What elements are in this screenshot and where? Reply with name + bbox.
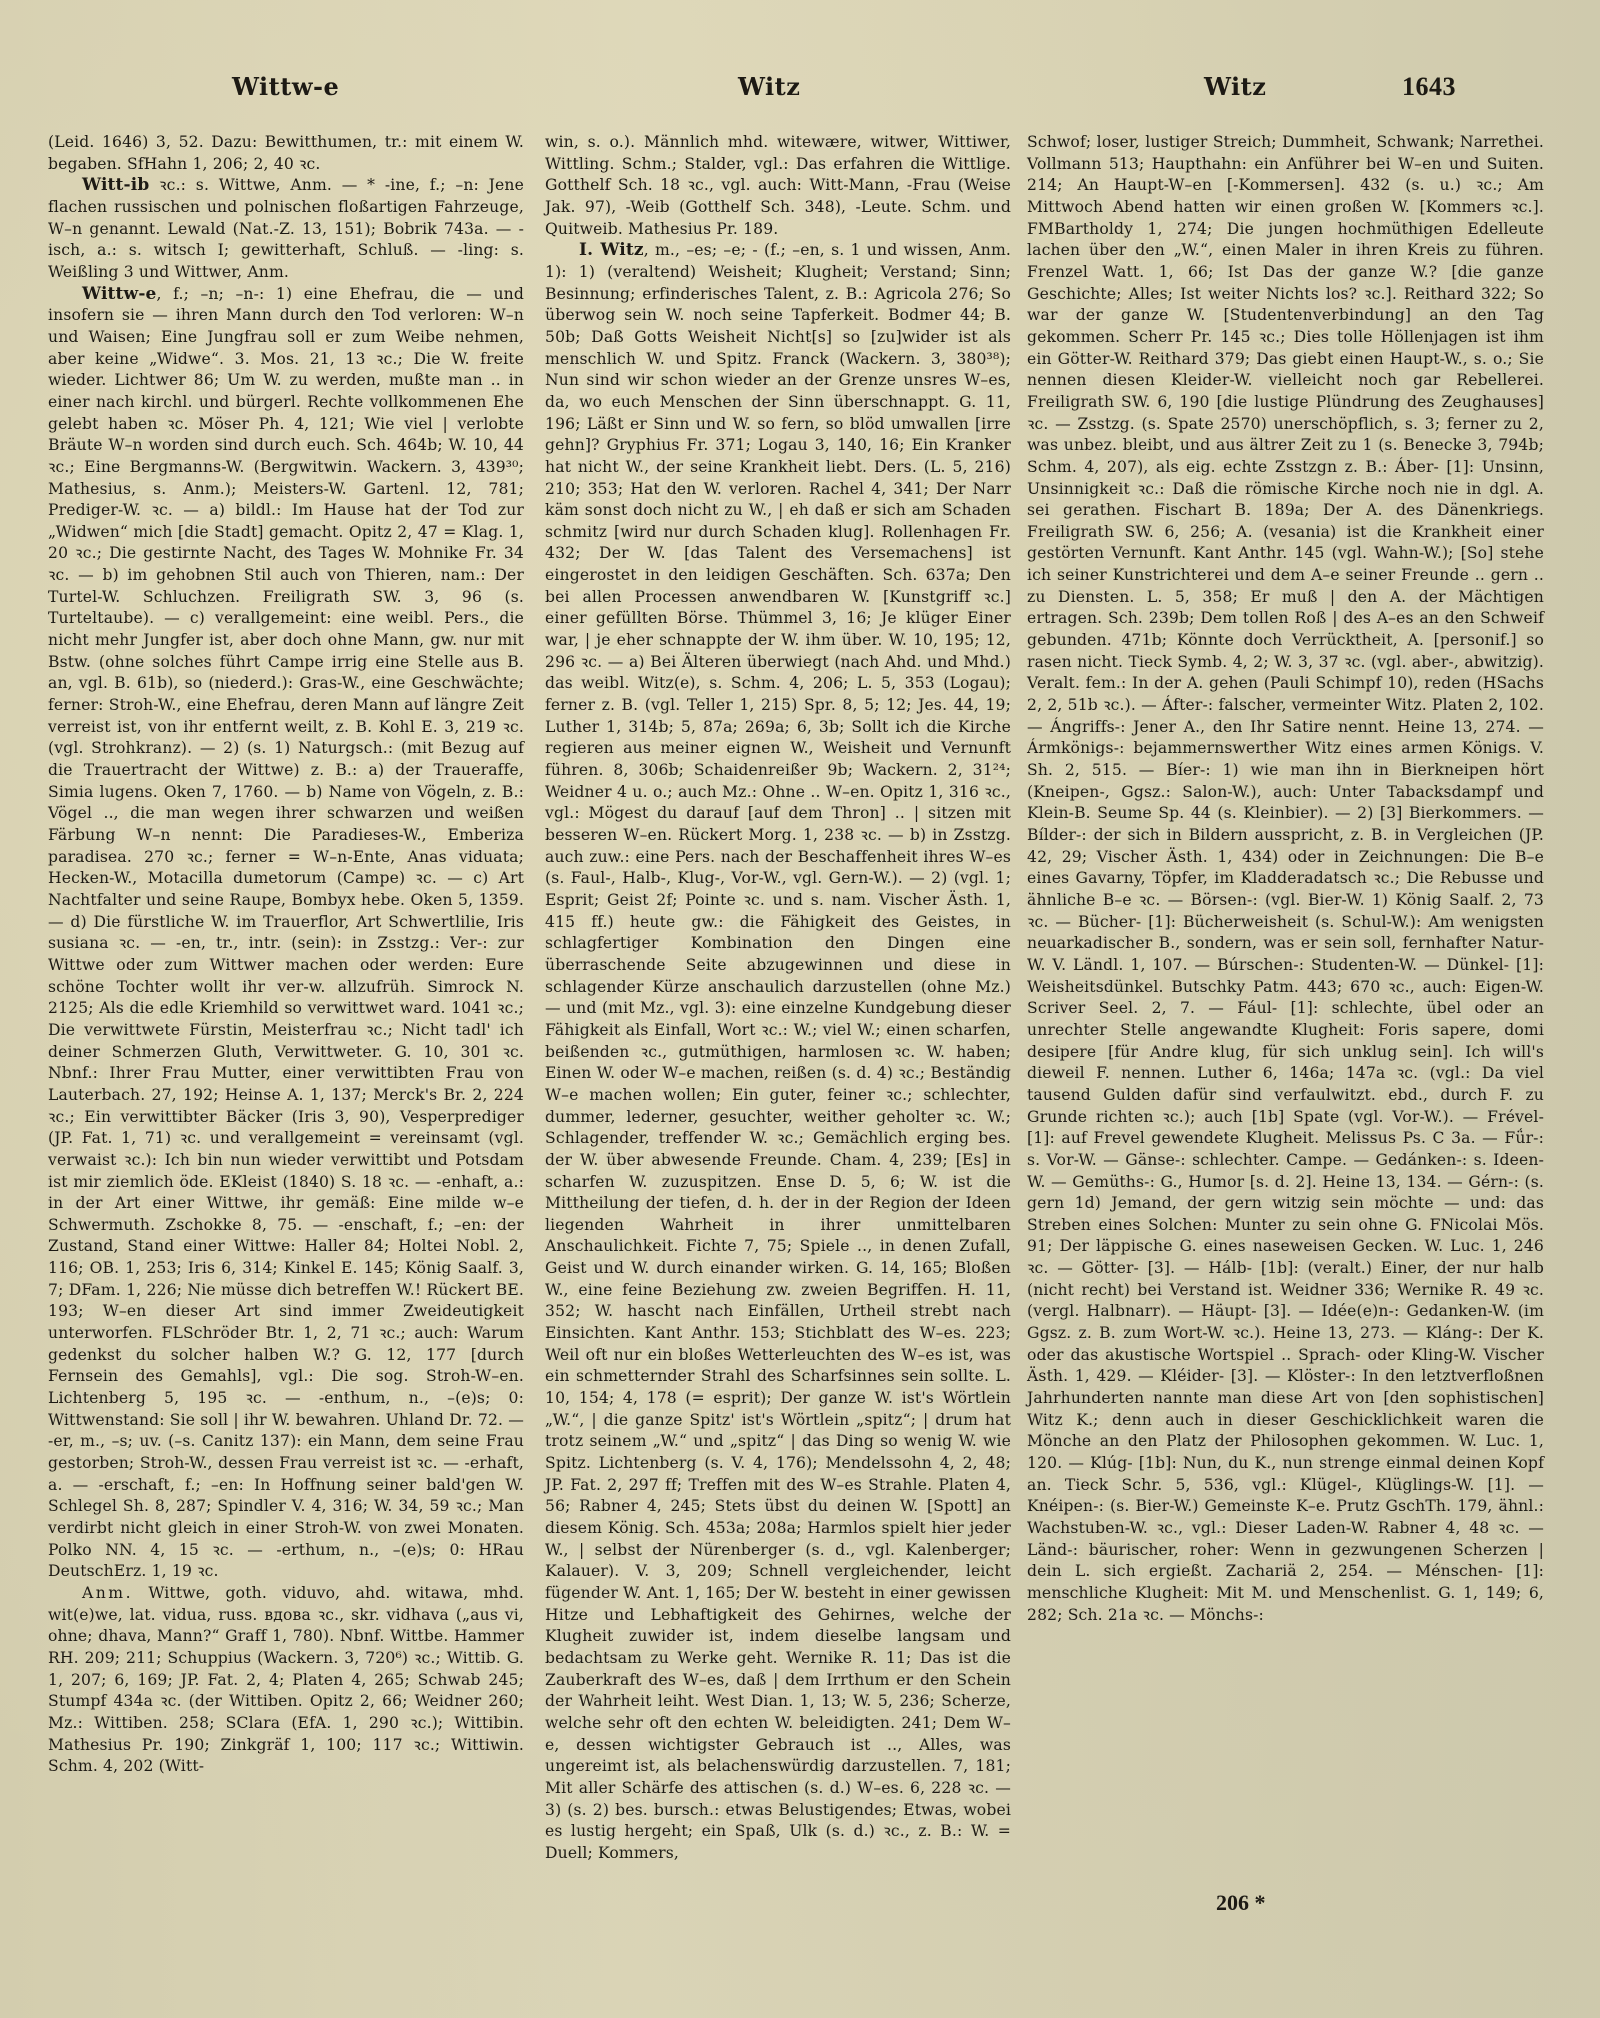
text-column-right: Schwof; loser, lustiger Streich; Dummhei…: [1027, 132, 1544, 1626]
text-column-left: (Leid. 1646) 3, 52. Dazu: Bewitthumen, t…: [48, 132, 524, 1778]
entry-headword: Anm.: [82, 1584, 133, 1602]
dictionary-entry: I. Witz, m., –es; –e; - (f.; –en, s. 1 u…: [545, 240, 1011, 1864]
entry-headword: Witt-ib: [82, 175, 149, 195]
paragraph-continuation: win, s. o.). Männlich mhd. witewære, wit…: [545, 132, 1011, 240]
signature-mark: 206 *: [1216, 1890, 1266, 1916]
entry-body: Wittwe, goth. viduvo, ahd. witawa, mhd. …: [48, 1584, 524, 1775]
text-column-middle: win, s. o.). Männlich mhd. witewære, wit…: [545, 132, 1011, 1865]
entry-body: , f.; –n; –n-: 1) eine Ehefrau, die — un…: [48, 285, 524, 1581]
dictionary-entry: Wittw-e, f.; –n; –n-: 1) eine Ehefrau, d…: [48, 284, 524, 1583]
dictionary-page: Wittw-e Witz Witz 1643 (Leid. 1646) 3, 5…: [0, 0, 1600, 2018]
running-head-center-catchword: Witz: [738, 72, 800, 101]
page-number: 1643: [1402, 72, 1456, 102]
paragraph-continuation: Schwof; loser, lustiger Streich; Dummhei…: [1027, 132, 1544, 1626]
entry-body: , m., –es; –e; - (f.; –en, s. 1 und wiss…: [545, 241, 1011, 1862]
dictionary-entry: Witt-ib ꝛc.: s. Wittwe, Anm. — * -ine, f…: [48, 175, 524, 283]
entry-headword: I. Witz: [579, 240, 644, 260]
paragraph-continuation: (Leid. 1646) 3, 52. Dazu: Bewitthumen, t…: [48, 132, 524, 175]
entry-headword: Wittw-e: [82, 284, 157, 304]
running-head-left-catchword: Wittw-e: [232, 72, 339, 101]
dictionary-entry-note: Anm. Wittwe, goth. viduvo, ahd. witawa, …: [48, 1583, 524, 1778]
running-head-right-catchword: Witz: [1204, 72, 1266, 101]
running-head: Wittw-e Witz Witz 1643: [0, 72, 1600, 112]
